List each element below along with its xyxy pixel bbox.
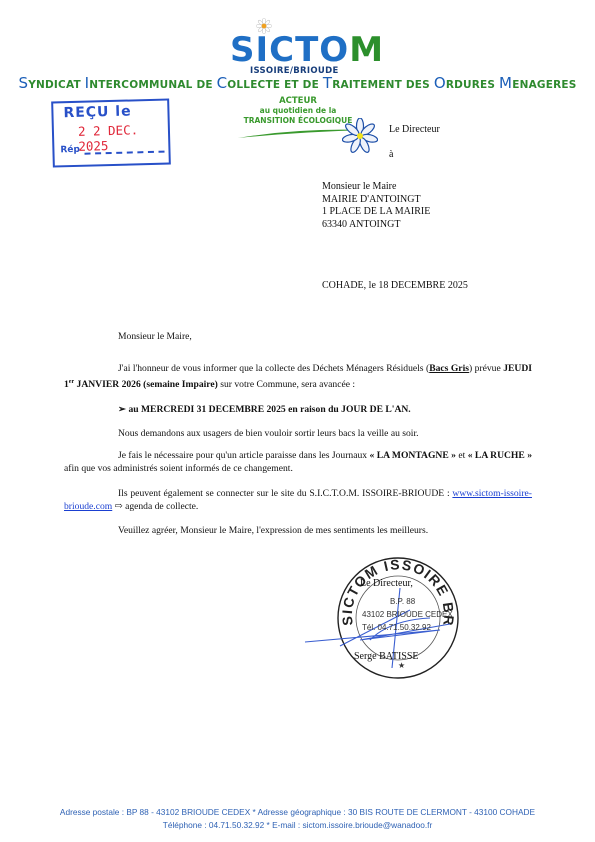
org-name-word: COLLECTE — [217, 77, 281, 91]
org-name-word: ET — [284, 77, 299, 91]
star-icon: ★ — [398, 661, 405, 670]
sictom-logo: SICTOM ISSOIRE/BRIOUDE — [230, 18, 380, 76]
org-name-word: SYNDICAT — [18, 77, 80, 91]
stamp-phone: Tél. 04.71.50.32.92 — [362, 623, 431, 632]
organization-name: SYNDICAT INTERCOMMUNAL DE COLLECTE ET DE… — [0, 74, 595, 92]
footer-phone-email: Téléphone : 04.71.50.32.92 * E-mail : si… — [0, 819, 595, 832]
stamp-cedex: 43102 BRIOUDE CEDEX — [362, 610, 453, 619]
org-name-word: DE — [196, 77, 212, 91]
org-name-word: INTERCOMMUNAL — [85, 77, 193, 91]
paragraph-website: Ils peuvent également se connecter sur l… — [64, 488, 532, 513]
stamp-reply-label: Rép — [60, 145, 80, 156]
org-name-word: TRAITEMENT — [323, 77, 402, 91]
paragraph-bins-request: Nous demandons aux usagers de bien voulo… — [118, 428, 419, 441]
recipient-line-2: MAIRIE D'ANTOINGT — [322, 194, 430, 207]
recipient-line-4: 63340 ANTOINGT — [322, 219, 430, 232]
place-date-line: COHADE, le 18 DECEMBRE 2025 — [322, 280, 468, 291]
paragraph-press: Je fais le nécessaire pour qu'un article… — [64, 450, 532, 475]
recipient-address: Monsieur le Maire MAIRIE D'ANTOINGT 1 PL… — [322, 181, 430, 231]
recipient-line-1: Monsieur le Maire — [322, 181, 430, 194]
closing-formula: Veuillez agréer, Monsieur le Maire, l'ex… — [118, 525, 428, 538]
received-stamp: REÇU le 2 2 DEC. 2025 Rép — [51, 98, 171, 167]
signatory-name: Serge BATISSE — [354, 651, 419, 662]
org-name-word: MENAGERES — [499, 77, 576, 91]
eco-line-1: ACTEUR — [238, 96, 358, 106]
eco-line-2: au quotidien de la — [238, 106, 358, 116]
paragraph-collection-notice: J'ai l'honneur de vous informer que la c… — [64, 363, 532, 391]
org-name-word: ORDURES — [434, 77, 495, 91]
sender-title: Le Directeur — [389, 124, 440, 135]
logo-wordmark: SICTOM — [230, 32, 384, 68]
footer-contact: Adresse postale : BP 88 - 43102 BRIOUDE … — [0, 806, 595, 832]
eco-line-3: TRANSITION ÉCOLOGIQUE — [238, 116, 358, 126]
stamp-bp: B.P. 88 — [390, 597, 415, 606]
stamp-received-label: REÇU le — [63, 103, 132, 121]
salutation: Monsieur le Maire, — [118, 331, 192, 344]
flower-icon — [342, 118, 378, 154]
recipient-line-3: 1 PLACE DE LA MAIRIE — [322, 206, 430, 219]
to-word: à — [389, 149, 393, 160]
eco-transition-badge: ACTEUR au quotidien de la TRANSITION ÉCO… — [238, 96, 378, 160]
footer-address: Adresse postale : BP 88 - 43102 BRIOUDE … — [0, 806, 595, 819]
new-collection-date: ➢ au MERCREDI 31 DECEMBRE 2025 en raison… — [118, 404, 411, 417]
org-name-word: DE — [303, 77, 319, 91]
stamp-date: 2 2 DEC. 2025 — [78, 122, 169, 154]
signatory-title: Le Directeur, — [360, 578, 413, 589]
arrow-icon: ➢ — [118, 404, 126, 415]
bins-type: Bacs Gris — [429, 363, 469, 374]
org-name-word: DES — [406, 77, 430, 91]
